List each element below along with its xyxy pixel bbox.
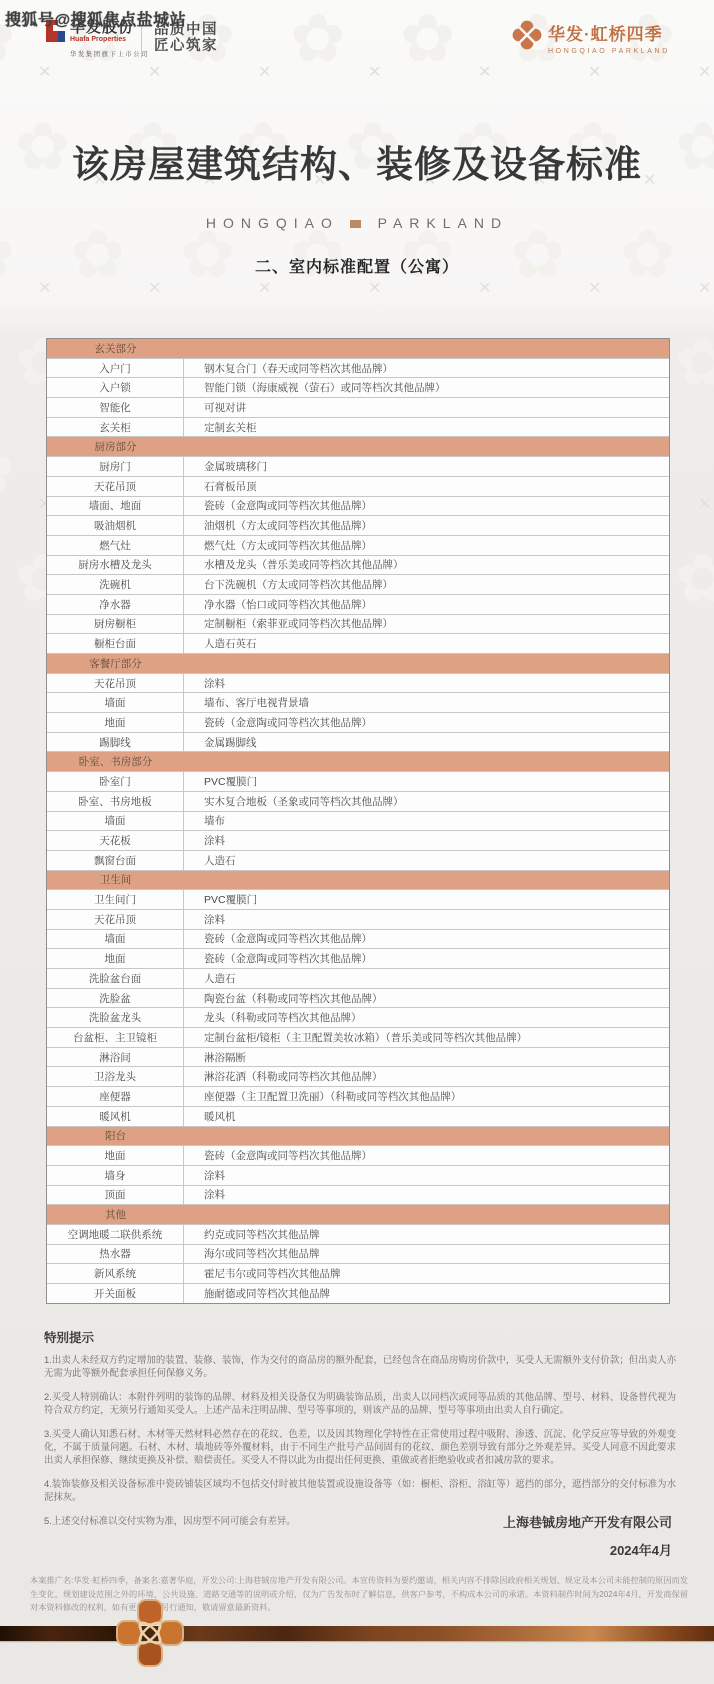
config-item-label: 墙面、地面	[47, 497, 184, 516]
config-item-label: 厨房水槽及龙头	[47, 556, 184, 575]
huafa-logo-en: Huafa Properties	[70, 35, 149, 44]
config-item-value: 油烟机（方太或同等档次其他品牌）	[184, 518, 669, 533]
config-item-value: 可视对讲	[184, 400, 669, 415]
table-row: 厨房门金属玻璃移门	[47, 456, 669, 476]
developer-company: 上海巷铖房地产开发有限公司	[503, 1512, 672, 1531]
config-item-value: PVC覆膜门	[184, 774, 669, 789]
config-item-label: 净水器	[47, 595, 184, 614]
config-item-value: 瓷砖（金意陶或同等档次其他品牌）	[184, 498, 669, 513]
signature-block: 上海巷铖房地产开发有限公司 2024年4月	[503, 1512, 672, 1559]
config-item-value: 瓷砖（金意陶或同等档次其他品牌）	[184, 1148, 669, 1163]
config-item-value: 人造石	[184, 853, 669, 868]
config-item-label: 热水器	[47, 1245, 184, 1264]
config-item-label: 天花板	[47, 831, 184, 850]
table-row: 智能化可视对讲	[47, 397, 669, 417]
config-item-value: 石膏板吊顶	[184, 479, 669, 494]
config-item-label: 玄关柜	[47, 418, 184, 437]
table-row: 墙身涂料	[47, 1165, 669, 1185]
config-item-value: 定制橱柜（索菲亚或同等档次其他品牌）	[184, 616, 669, 631]
table-row: 地面瓷砖（金意陶或同等档次其他品牌）	[47, 1145, 669, 1165]
config-item-label: 新风系统	[47, 1264, 184, 1283]
table-row: 厨房水槽及龙头水槽及龙头（普乐美或同等档次其他品牌）	[47, 555, 669, 575]
table-row: 卧室门PVC覆膜门	[47, 771, 669, 791]
config-item-value: 墙布	[184, 813, 669, 828]
config-item-label: 智能化	[47, 398, 184, 417]
config-item-value: 金属踢脚线	[184, 735, 669, 750]
section-header-row: 玄关部分	[47, 339, 669, 358]
config-item-value: 水槽及龙头（普乐美或同等档次其他品牌）	[184, 557, 669, 572]
table-row: 墙面墙布、客厅电视背景墙	[47, 692, 669, 712]
config-item-label: 地面	[47, 949, 184, 968]
table-row: 踢脚线金属踢脚线	[47, 732, 669, 752]
config-item-value: PVC覆膜门	[184, 892, 669, 907]
slogan-line-2: 匠心筑家	[154, 38, 218, 54]
table-row: 厨房橱柜定制橱柜（索菲亚或同等档次其他品牌）	[47, 614, 669, 634]
table-row: 入户锁智能门锁（海康威视（萤石）或同等档次其他品牌）	[47, 377, 669, 397]
table-row: 卧室、书房地板实木复合地板（圣象或同等档次其他品牌）	[47, 791, 669, 811]
config-item-label: 洗碗机	[47, 575, 184, 594]
table-row: 开关面板施耐德或同等档次其他品牌	[47, 1283, 669, 1303]
config-item-label: 入户锁	[47, 378, 184, 397]
config-item-value: 瓷砖（金意陶或同等档次其他品牌）	[184, 931, 669, 946]
table-row: 洗脸盆龙头龙头（科勒或同等档次其他品牌）	[47, 1007, 669, 1027]
config-item-label: 卫生间门	[47, 890, 184, 909]
document-date: 2024年4月	[503, 1540, 672, 1559]
config-item-label: 飘窗台面	[47, 851, 184, 870]
config-item-value: 淋浴花洒（科勒或同等档次其他品牌）	[184, 1069, 669, 1084]
config-item-value: 涂料	[184, 912, 669, 927]
config-item-label: 天花吊顶	[47, 910, 184, 929]
config-item-label: 台盆柜、主卫镜柜	[47, 1028, 184, 1047]
config-item-value: 人造石英石	[184, 636, 669, 651]
table-row: 洗脸盆陶瓷台盆（科勒或同等档次其他品牌）	[47, 988, 669, 1008]
note-item: 3.买受人确认知悉石材、木材等天然材料必然存在的花纹、色差，以及因其物理化学特性…	[44, 1427, 676, 1466]
config-item-label: 洗脸盆	[47, 989, 184, 1008]
table-row: 橱柜台面人造石英石	[47, 633, 669, 653]
config-item-value: 涂料	[184, 833, 669, 848]
copper-square-icon	[350, 220, 361, 228]
note-item: 4.装饰装修及相关设备标准中瓷砖铺装区域均不包括交付时被其他装置或设施设备等（如…	[44, 1477, 676, 1503]
config-item-label: 天花吊顶	[47, 477, 184, 496]
table-row: 净水器净水器（怡口或同等档次其他品牌）	[47, 594, 669, 614]
config-item-label: 厨房橱柜	[47, 615, 184, 634]
config-table: 玄关部分入户门钢木复合门（春天或同等档次其他品牌）入户锁智能门锁（海康威视（萤石…	[46, 338, 670, 1304]
config-item-label: 墙面	[47, 812, 184, 831]
config-item-value: 智能门锁（海康威视（萤石）或同等档次其他品牌）	[184, 380, 669, 395]
section-header-label: 厨房部分	[47, 437, 184, 456]
config-item-value: 龙头（科勒或同等档次其他品牌）	[184, 1010, 669, 1025]
table-row: 墙面墙布	[47, 811, 669, 831]
config-item-value: 净水器（怡口或同等档次其他品牌）	[184, 597, 669, 612]
config-item-value: 墙布、客厅电视背景墙	[184, 695, 669, 710]
note-item: 1.出卖人未经双方约定增加的装置、装修、装饰，作为交付的商品房的额外配套，已经包…	[44, 1353, 676, 1379]
config-item-label: 地面	[47, 1146, 184, 1165]
config-item-label: 洗脸盆台面	[47, 969, 184, 988]
config-item-value: 定制玄关柜	[184, 420, 669, 435]
config-item-label: 墙面	[47, 693, 184, 712]
config-item-value: 涂料	[184, 676, 669, 691]
config-item-label: 暖风机	[47, 1107, 184, 1126]
config-item-label: 厨房门	[47, 457, 184, 476]
section-header-row: 卫生间	[47, 870, 669, 890]
config-item-label: 入户门	[47, 359, 184, 378]
config-item-label: 淋浴间	[47, 1048, 184, 1067]
table-row: 新风系统霍尼韦尔或同等档次其他品牌	[47, 1263, 669, 1283]
section-header-label: 卫生间	[47, 871, 184, 890]
config-item-label: 地面	[47, 713, 184, 732]
section-header-label: 玄关部分	[47, 339, 184, 358]
notes-list: 1.出卖人未经双方约定增加的装置、装修、装饰，作为交付的商品房的额外配套，已经包…	[44, 1353, 676, 1527]
section-header-row: 客餐厅部分	[47, 653, 669, 673]
config-item-value: 淋浴隔断	[184, 1050, 669, 1065]
table-row: 玄关柜定制玄关柜	[47, 417, 669, 437]
table-row: 淋浴间淋浴隔断	[47, 1047, 669, 1067]
config-item-label: 卧室门	[47, 772, 184, 791]
config-item-label: 天花吊顶	[47, 674, 184, 693]
table-row: 地面瓷砖（金意陶或同等档次其他品牌）	[47, 712, 669, 732]
note-item: 2.买受人特别确认：本附件列明的装饰的品牌、材料及相关设备仅为明确装饰品质，出卖…	[44, 1390, 676, 1416]
config-item-value: 海尔或同等档次其他品牌	[184, 1246, 669, 1261]
subtitle-right: PARKLAND	[378, 215, 508, 231]
section-header-row: 阳台	[47, 1126, 669, 1146]
config-item-label: 座便器	[47, 1087, 184, 1106]
config-item-label: 空调地暖二联供系统	[47, 1225, 184, 1244]
section-header-label: 其他	[47, 1205, 184, 1224]
config-item-label: 卧室、书房地板	[47, 792, 184, 811]
table-row: 入户门钢木复合门（春天或同等档次其他品牌）	[47, 358, 669, 378]
config-item-value: 实木复合地板（圣象或同等档次其他品牌）	[184, 794, 669, 809]
section-header-label: 阳台	[47, 1127, 184, 1146]
table-row: 吸油烟机油烟机（方太或同等档次其他品牌）	[47, 515, 669, 535]
section-header-row: 卧室、书房部分	[47, 751, 669, 771]
section-header-label: 客餐厅部分	[47, 654, 184, 673]
config-item-value: 瓷砖（金意陶或同等档次其他品牌）	[184, 715, 669, 730]
table-row: 墙面、地面瓷砖（金意陶或同等档次其他品牌）	[47, 496, 669, 516]
table-row: 飘窗台面人造石	[47, 850, 669, 870]
config-item-label: 顶面	[47, 1186, 184, 1205]
config-item-value: 座便器（主卫配置卫洗丽）（科勒或同等档次其他品牌）	[184, 1089, 669, 1104]
table-row: 天花吊顶石膏板吊顶	[47, 476, 669, 496]
hongqiao-parkland-logo: 华发·虹桥四季 HONGQIAO PARKLAND	[512, 20, 670, 55]
config-item-value: 暖风机	[184, 1109, 669, 1124]
subtitle-brand-line: HONGQIAO PARKLAND	[0, 215, 714, 231]
table-row: 卫生间门PVC覆膜门	[47, 889, 669, 909]
config-item-value: 陶瓷台盆（科勒或同等档次其他品牌）	[184, 991, 669, 1006]
config-item-value: 燃气灶（方太或同等档次其他品牌）	[184, 538, 669, 553]
config-item-value: 金属玻璃移门	[184, 459, 669, 474]
subtitle-left: HONGQIAO	[206, 215, 339, 231]
config-item-label: 卫浴龙头	[47, 1067, 184, 1086]
config-item-label: 吸油烟机	[47, 516, 184, 535]
config-item-value: 钢木复合门（春天或同等档次其他品牌）	[184, 361, 669, 376]
table-row: 洗碗机台下洗碗机（方太或同等档次其他品牌）	[47, 574, 669, 594]
config-item-label: 燃气灶	[47, 536, 184, 555]
sohu-watermark-text: 搜狐号@搜狐焦点盐城站	[5, 7, 186, 30]
table-row: 空调地暖二联供系统约克或同等档次其他品牌	[47, 1224, 669, 1244]
table-row: 地面瓷砖（金意陶或同等档次其他品牌）	[47, 948, 669, 968]
section-title: 二、室内标准配置（公寓）	[0, 254, 714, 277]
table-row: 卫浴龙头淋浴花洒（科勒或同等档次其他品牌）	[47, 1066, 669, 1086]
config-item-label: 墙面	[47, 930, 184, 949]
table-row: 台盆柜、主卫镜柜定制台盆柜/镜柜（主卫配置美妆冰箱）（普乐美或同等档次其他品牌）	[47, 1027, 669, 1047]
config-item-label: 洗脸盆龙头	[47, 1008, 184, 1027]
config-item-value: 台下洗碗机（方太或同等档次其他品牌）	[184, 577, 669, 592]
config-item-label: 开关面板	[47, 1284, 184, 1303]
table-row: 洗脸盆台面人造石	[47, 968, 669, 988]
section-header-row: 厨房部分	[47, 436, 669, 456]
table-row: 天花吊顶涂料	[47, 673, 669, 693]
table-row: 暖风机暖风机	[47, 1106, 669, 1126]
config-item-value: 霍尼韦尔或同等档次其他品牌	[184, 1266, 669, 1281]
notes-heading: 特别提示	[44, 1328, 676, 1346]
config-item-label: 橱柜台面	[47, 634, 184, 653]
config-item-value: 涂料	[184, 1187, 669, 1202]
special-notes: 特别提示 1.出卖人未经双方约定增加的装置、装修、装饰，作为交付的商品房的额外配…	[44, 1328, 676, 1538]
config-item-value: 定制台盆柜/镜柜（主卫配置美妆冰箱）（普乐美或同等档次其他品牌）	[184, 1030, 669, 1045]
config-item-label: 踢脚线	[47, 733, 184, 752]
project-name-cn: 华发·虹桥四季	[548, 20, 670, 45]
table-row: 顶面涂料	[47, 1185, 669, 1205]
config-item-value: 瓷砖（金意陶或同等档次其他品牌）	[184, 951, 669, 966]
huafa-flower-emblem-icon	[116, 1599, 184, 1672]
config-item-value: 施耐德或同等档次其他品牌	[184, 1286, 669, 1301]
copper-ribbon	[0, 1626, 714, 1641]
config-item-label: 墙身	[47, 1166, 184, 1185]
table-row: 热水器海尔或同等档次其他品牌	[47, 1244, 669, 1264]
flower-logo-icon	[512, 20, 542, 55]
section-header-label: 卧室、书房部分	[47, 752, 184, 771]
table-row: 墙面瓷砖（金意陶或同等档次其他品牌）	[47, 929, 669, 949]
config-item-value: 人造石	[184, 971, 669, 986]
section-header-row: 其他	[47, 1204, 669, 1224]
page-title: 该房屋建筑结构、装修及设备标准	[0, 134, 714, 188]
config-item-value: 约克或同等档次其他品牌	[184, 1227, 669, 1242]
table-row: 天花板涂料	[47, 830, 669, 850]
table-row: 座便器座便器（主卫配置卫洗丽）（科勒或同等档次其他品牌）	[47, 1086, 669, 1106]
config-item-value: 涂料	[184, 1168, 669, 1183]
huafa-logo-tagline: 华发集团旗下上市公司	[70, 49, 149, 58]
table-row: 燃气灶燃气灶（方太或同等档次其他品牌）	[47, 535, 669, 555]
table-row: 天花吊顶涂料	[47, 909, 669, 929]
project-name-en: HONGQIAO PARKLAND	[548, 48, 670, 55]
